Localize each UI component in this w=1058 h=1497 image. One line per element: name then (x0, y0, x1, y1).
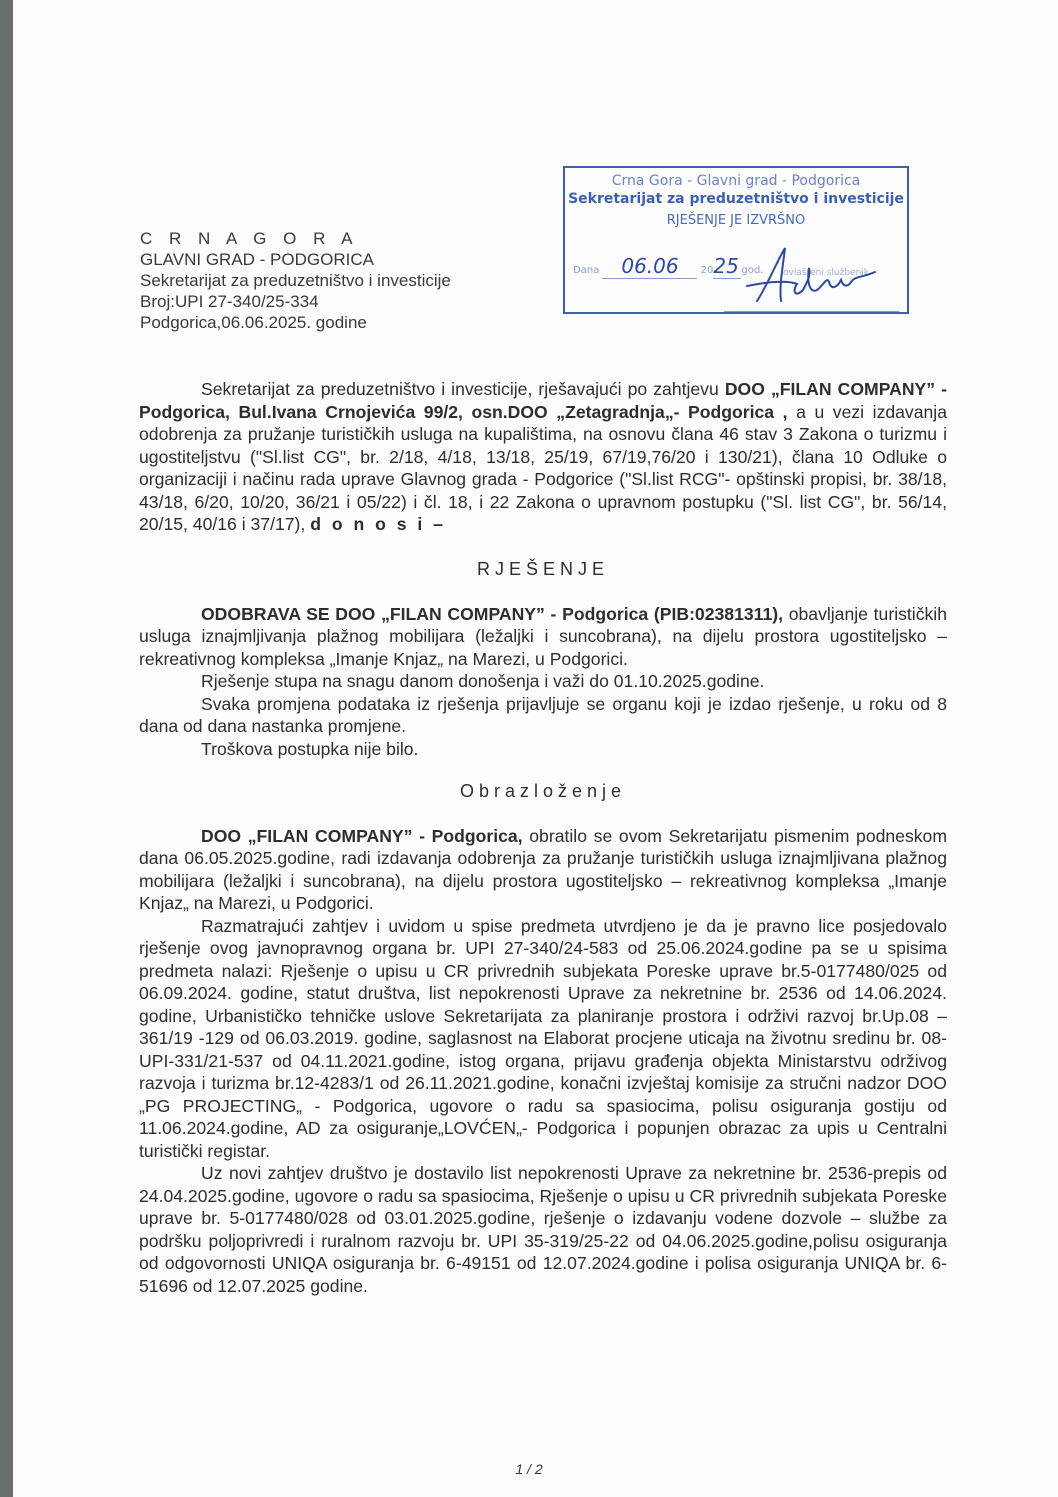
header-city: GLAVNI GRAD - PODGORICA (140, 249, 451, 270)
stamp-date-row: Dana 06.06 2025god. (573, 254, 763, 279)
signature-icon (737, 246, 877, 306)
stamp-date-label: Dana (573, 265, 599, 276)
intro-paragraph: Sekretarijat za preduzetništvo i investi… (139, 378, 947, 536)
decision-section: RJEŠENJE ODOBRAVA SE DOO „FILAN COMPANY”… (139, 558, 947, 760)
enforceability-stamp: Crna Gora - Glavni grad - Podgorica Sekr… (563, 166, 909, 314)
page-number: 1 / 2 (0, 1461, 1058, 1477)
stamp-line-2: Sekretarijat za preduzetništvo i investi… (565, 191, 907, 207)
signature-line (724, 311, 899, 312)
header-country: C R N A G O R A (140, 228, 451, 249)
reasoning-heading: Obrazloženje (139, 780, 947, 803)
stamp-year-value: 25 (713, 254, 738, 278)
reasoning-applicant: DOO „FILAN COMPANY” - Podgorica, (201, 826, 523, 846)
scan-edge (0, 0, 13, 1497)
intro-text-1: Sekretarijat za preduzetništvo i investi… (201, 379, 725, 399)
reasoning-paragraph-1: DOO „FILAN COMPANY” - Podgorica, obratil… (139, 825, 947, 915)
intro-decides: d o n o s i – (310, 514, 446, 534)
stamp-date-value: 06.06 (621, 254, 678, 278)
decision-approval-bold: ODOBRAVA SE DOO „FILAN COMPANY” - Podgor… (201, 604, 783, 624)
decision-costs: Troškova postupka nije bilo. (139, 738, 947, 761)
header-number: Broj:UPI 27-340/25-334 (140, 291, 451, 312)
decision-changes: Svaka promjena podataka iz rješenja prij… (139, 693, 947, 738)
stamp-year-prefix: 20 (701, 265, 714, 276)
stamp-line-1: Crna Gora - Glavni grad - Podgorica (565, 173, 907, 189)
decision-validity: Rješenje stupa na snagu danom donošenja … (139, 670, 947, 693)
document-header: C R N A G O R A GLAVNI GRAD - PODGORICA … (140, 228, 451, 333)
header-department: Sekretarijat za preduzetništvo i investi… (140, 270, 451, 291)
decision-approval: ODOBRAVA SE DOO „FILAN COMPANY” - Podgor… (139, 603, 947, 671)
reasoning-section: Obrazloženje DOO „FILAN COMPANY” - Podgo… (139, 780, 947, 1297)
stamp-line-3: RJEŠENJE JE IZVRŠNO (565, 213, 907, 228)
reasoning-paragraph-2: Razmatrajući zahtjev i uvidom u spise pr… (139, 915, 947, 1163)
reasoning-paragraph-3: Uz novi zahtjev društvo je dostavilo lis… (139, 1162, 947, 1297)
header-place-date: Podgorica,06.06.2025. godine (140, 312, 451, 333)
decision-heading: RJEŠENJE (139, 558, 947, 581)
